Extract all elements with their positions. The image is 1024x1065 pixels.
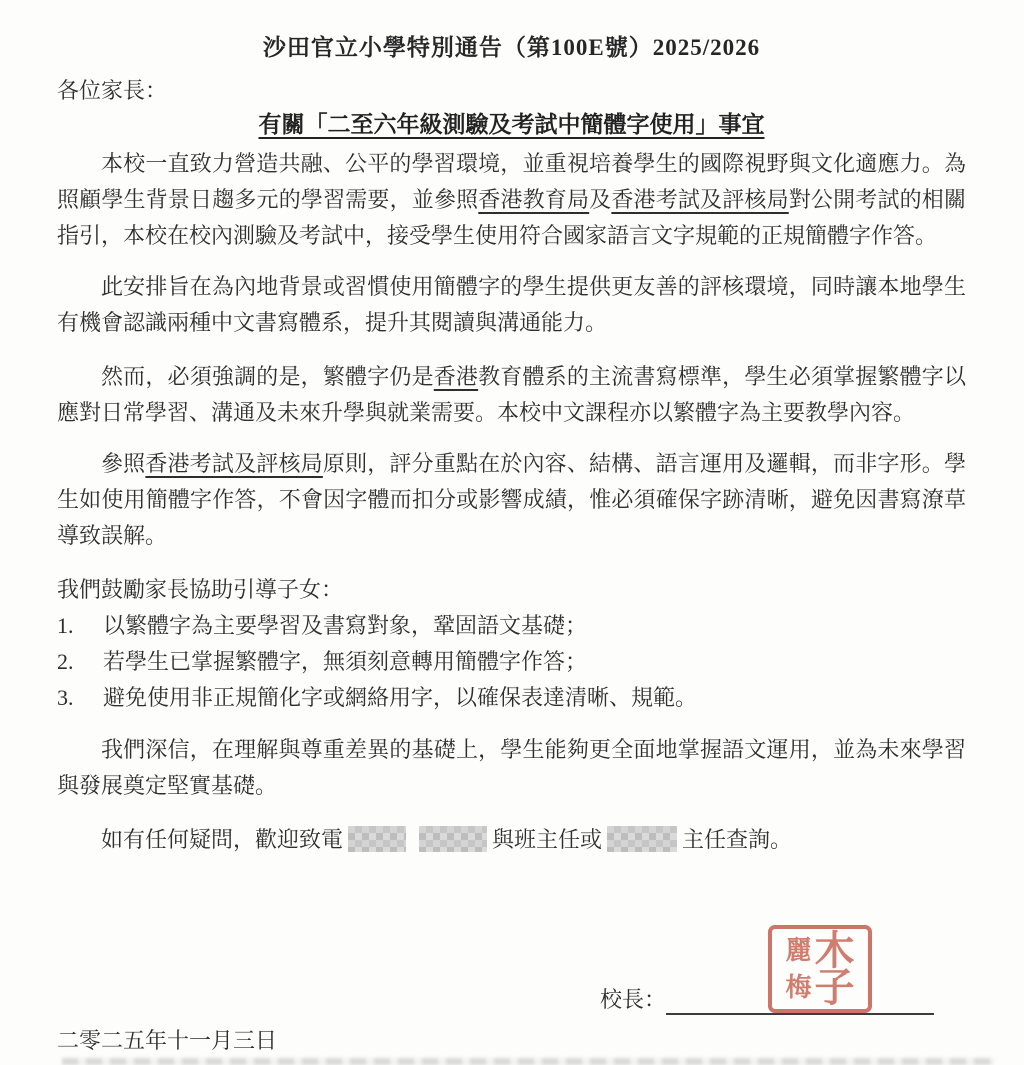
paragraph-traditional-text-1: 然而，必須強調的是，繁體字仍是 <box>101 364 434 389</box>
redacted-phone-part-1 <box>348 826 406 852</box>
seal-char-muk: 木 <box>815 932 855 969</box>
subject-heading: 有關「二至六年級測驗及考試中簡體字使用」事宜 <box>57 110 966 140</box>
salutation: 各位家長： <box>57 76 966 106</box>
guidance-item-2-text: 若學生已掌握繁體字，無須刻意轉用簡體字作答； <box>103 644 587 680</box>
underlined-org-edb: 香港教育局 <box>478 187 589 212</box>
principal-signature-row: 校長： <box>600 985 934 1015</box>
guidance-item-1-text: 以繁體字為主要學習及書寫對象，鞏固語文基礎； <box>103 608 587 644</box>
cutoff-text-strip <box>62 1058 994 1065</box>
paragraph-arrangement: 此安排旨在為內地背景或習慣使用簡體字的學生提供更友善的評核環境，同時讓本地學生有… <box>57 269 966 341</box>
document-content: 沙田官立小學特別通告（第100E號）2025/2026 各位家長： 有關「二至六… <box>0 0 1024 858</box>
underlined-org-hkeaa: 香港考試及評核局 <box>611 187 788 212</box>
contact-text-2: 與班主任或 <box>492 827 602 852</box>
underlined-org-hkeaa-2: 香港考試及評核局 <box>145 451 322 476</box>
seal-char-lai: 麗 <box>785 934 811 968</box>
guidance-item-1: 1. 以繁體字為主要學習及書寫對象，鞏固語文基礎； <box>57 608 966 644</box>
guidance-item-3: 3. 避免使用非正規簡化字或網絡用字，以確保表達清晰、規範。 <box>57 680 966 716</box>
paragraph-marking-principle: 參照香港考試及評核局原則，評分重點在於內容、結構、語言運用及邏輯，而非字形。學生… <box>57 446 966 554</box>
guidance-item-3-number: 3. <box>57 680 103 716</box>
principal-label: 校長： <box>600 987 666 1012</box>
guidance-item-2-number: 2. <box>57 644 103 680</box>
redacted-phone-part-2 <box>419 826 487 852</box>
paragraph-policy: 本校一直致力營造共融、公平的學習環境，並重視培養學生的國際視野與文化適應力。為照… <box>57 146 966 254</box>
paragraph-marking-text-1: 參照 <box>101 451 145 476</box>
redacted-staff-name <box>607 826 677 852</box>
parent-guidance-section: 我們鼓勵家長協助引導子女： 1. 以繁體字為主要學習及書寫對象，鞏固語文基礎； … <box>57 572 966 716</box>
contact-line: 如有任何疑問，歡迎致電與班主任或主任查詢。 <box>57 822 966 858</box>
document-date: 二零二五年十一月三日 <box>57 1026 277 1056</box>
guidance-item-3-text: 避免使用非正規簡化字或網絡用字，以確保表達清晰、規範。 <box>103 680 697 716</box>
paragraph-traditional-standard: 然而，必須強調的是，繁體字仍是香港教育體系的主流書寫標準，學生必須掌握繁體字以應… <box>57 359 966 431</box>
notice-title: 沙田官立小學特別通告（第100E號）2025/2026 <box>57 34 966 62</box>
guidance-item-2: 2. 若學生已掌握繁體字，無須刻意轉用簡體字作答； <box>57 644 966 680</box>
notice-document: 沙田官立小學特別通告（第100E號）2025/2026 各位家長： 有關「二至六… <box>0 0 1024 1065</box>
underlined-hongkong: 香港 <box>434 364 478 389</box>
guidance-item-1-number: 1. <box>57 608 103 644</box>
contact-text-1: 如有任何疑問，歡迎致電 <box>101 827 343 852</box>
paragraph-policy-conjunction: 及 <box>589 187 611 212</box>
contact-text-3: 主任查詢。 <box>682 827 792 852</box>
guidance-intro: 我們鼓勵家長協助引導子女： <box>57 572 966 608</box>
subject-heading-text: 有關「二至六年級測驗及考試中簡體字使用」事宜 <box>259 112 765 137</box>
signature-line <box>666 991 934 1015</box>
paragraph-closing: 我們深信，在理解與尊重差異的基礎上，學生能夠更全面地掌握語文運用，並為未來學習與… <box>57 732 966 804</box>
